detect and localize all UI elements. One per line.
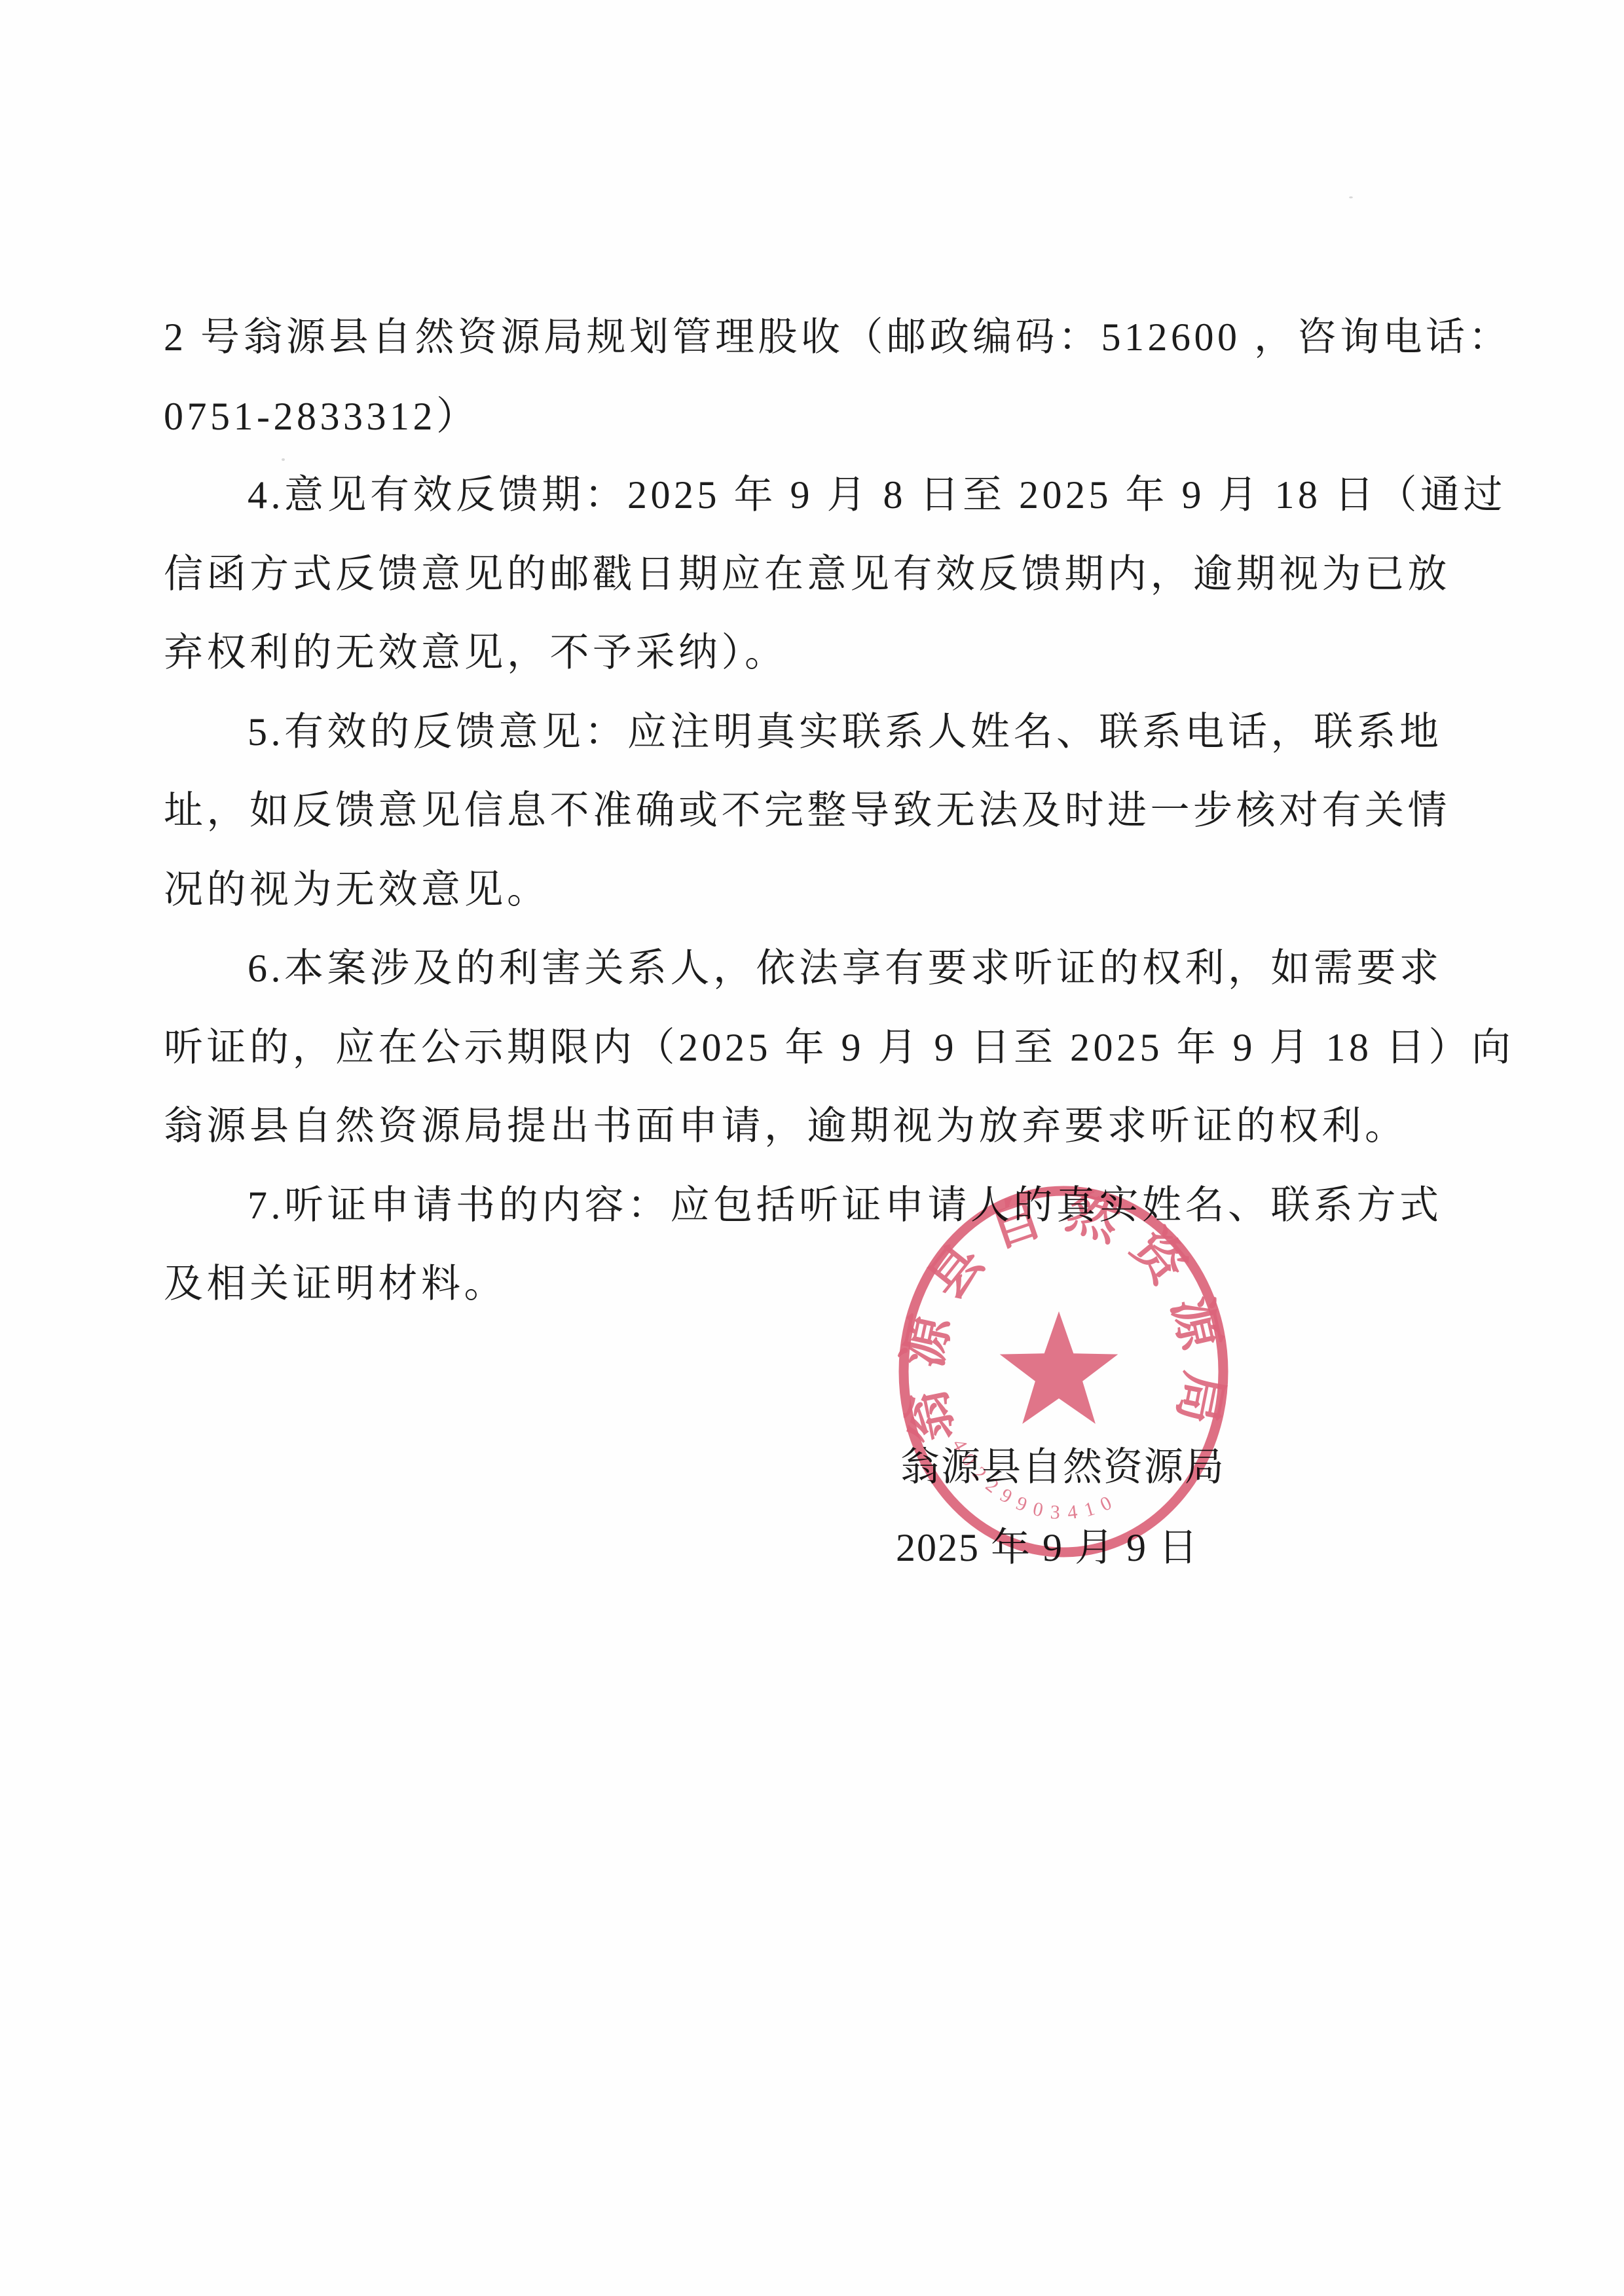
seal-star-icon [1000,1311,1118,1424]
official-seal: 翁源县自然资源局 40229903410 [0,0,1624,2296]
scan-speck [282,458,285,461]
seal-group: 翁源县自然资源局 40229903410 [894,1182,1233,1552]
scan-speck [1349,196,1353,198]
scanned-document-page: 2 号翁源县自然资源局规划管理股收（邮政编码：512600 ，咨询电话：0751… [0,0,1624,2296]
seal-ring-label: 翁源县自然资源局 [894,1182,1233,1447]
seal-code: 40229903410 [948,1435,1122,1523]
